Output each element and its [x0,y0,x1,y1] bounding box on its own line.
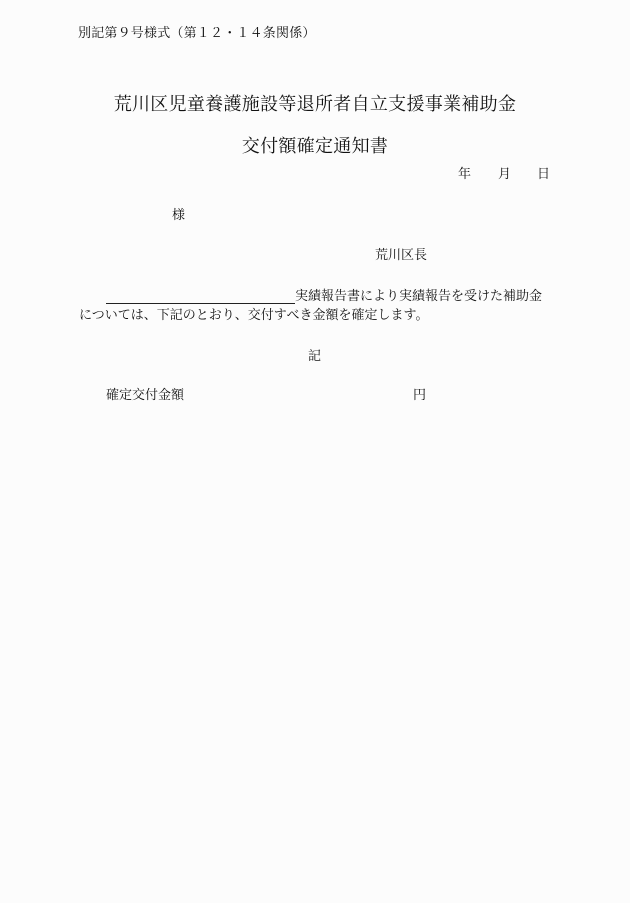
date-day-label: 日 [537,163,550,182]
body-paragraph-line-2: については、下記のとおり、交付すべき金額を確定します。 [79,304,428,323]
document-title: 荒川区児童養護施設等退所者自立支援事業補助金 [0,90,630,116]
form-reference: 別記第９号様式（第１２・１４条関係） [78,22,316,41]
yen-unit: 円 [413,384,426,403]
addressee-suffix: 様 [172,204,185,223]
report-date-blank-line [106,291,295,304]
document-subtitle: 交付額確定通知書 [0,132,630,158]
body-text-1: 実績報告書により実績報告を受けた補助金 [295,285,542,304]
ki-heading: 記 [308,345,321,364]
date-month-label: 月 [498,163,537,182]
body-paragraph-line-1: 実績報告書により実績報告を受けた補助金 [106,285,542,304]
confirmed-amount-label: 確定交付金額 [106,384,184,403]
date-field: 年 月 日 [458,163,550,182]
date-year-label: 年 [458,163,498,182]
issuer-name: 荒川区長 [375,244,427,263]
